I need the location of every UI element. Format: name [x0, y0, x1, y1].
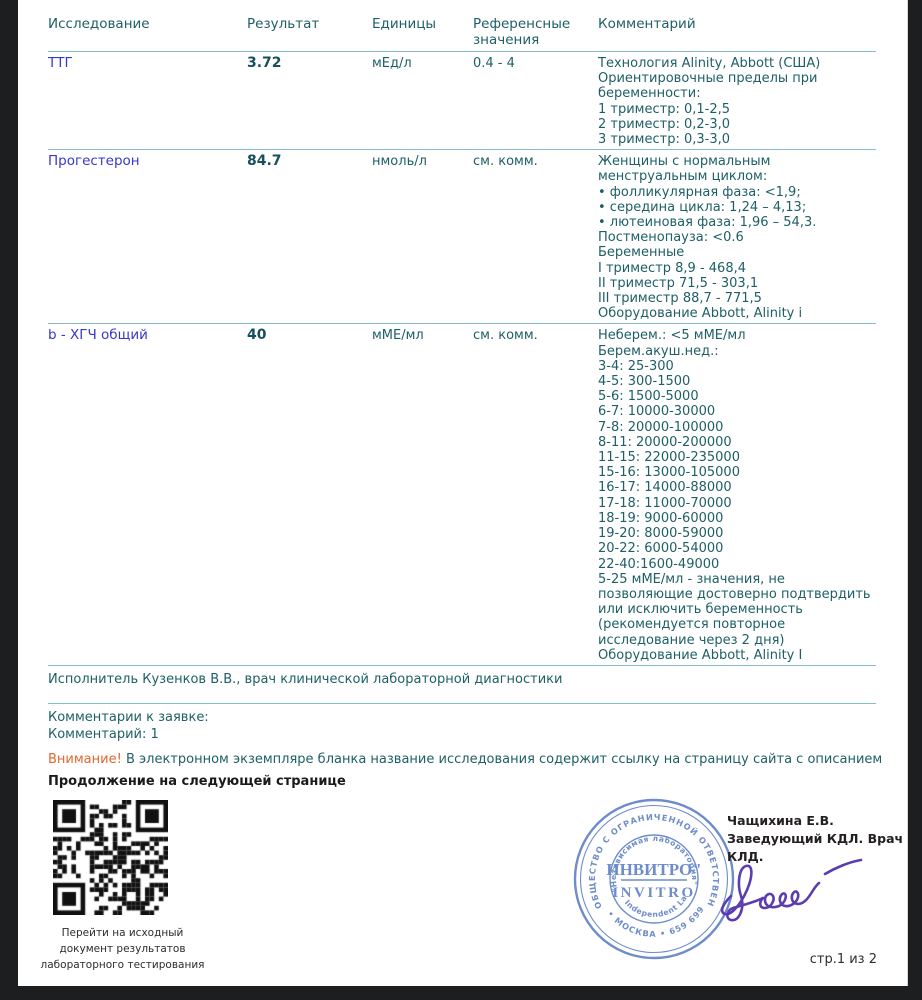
reference-cell: 0.4 - 4: [473, 56, 598, 147]
section-divider: [48, 703, 876, 704]
comment-line: 5-25 мМЕ/мл - значения, не: [598, 572, 876, 587]
page-indicator: стр.1 из 2: [810, 952, 877, 967]
comment-cell: Неберем.: <5 мМЕ/млБерем.акуш.нед.:3-4: …: [598, 328, 876, 662]
comment-line: исследование через 2 дня): [598, 633, 876, 648]
comment-line: 2 триместр: 0,2-3,0: [598, 117, 876, 132]
units-cell: мМЕ/мл: [372, 328, 473, 662]
comment-line: 20-22: 6000-54000: [598, 541, 876, 556]
comment-line: • лютеиновая фаза: 1,96 – 54,3.: [598, 215, 876, 230]
units-cell: мЕд/л: [372, 56, 473, 147]
comment-line: 1 триместр: 0,1-2,5: [598, 102, 876, 117]
qr-caption: Перейти на исходный документ результатов…: [30, 925, 215, 973]
comment-line: 16-17: 14000-88000: [598, 480, 876, 495]
document-page: Исследование Результат Единицы Референсн…: [18, 0, 908, 986]
warning-line: Внимание! В электронном экземпляре бланк…: [48, 752, 876, 767]
request-comment-value: Комментарий: 1: [48, 726, 876, 743]
comment-line: II триместр 71,5 - 303,1: [598, 276, 876, 291]
comment-line: 7-8: 20000-100000: [598, 420, 876, 435]
column-header-reference: Референсные значения: [473, 16, 598, 48]
test-name-link[interactable]: Прогестерон: [48, 153, 140, 169]
comment-line: 4-5: 300-1500: [598, 374, 876, 389]
stamp-outer-bottom-text: • МОСКВА • 659 699: [606, 904, 707, 939]
table-row: ТТГ3.72мЕд/л0.4 - 4Технология Alinity, A…: [48, 52, 876, 150]
comment-cell: Женщины с нормальнымменструальным циклом…: [598, 154, 876, 321]
comment-line: Женщины с нормальным: [598, 154, 876, 169]
comment-line: • середина цикла: 1,24 – 4,13;: [598, 200, 876, 215]
warning-label: Внимание!: [48, 752, 122, 767]
viewer-background: Исследование Результат Единицы Референсн…: [0, 0, 922, 1000]
comment-line: 22-40:1600-49000: [598, 557, 876, 572]
qr-code: [53, 800, 168, 915]
comment-line: Берем.акуш.нед.:: [598, 344, 876, 359]
reference-cell: см. комм.: [473, 154, 598, 321]
signature: [713, 838, 873, 933]
warning-text: В электронном экземпляре бланка название…: [126, 752, 882, 767]
comment-line: Оборудование Abbott, Alinity I: [598, 648, 876, 663]
test-name-cell: ТТГ: [48, 56, 247, 147]
comment-line: 5-6: 1500-5000: [598, 389, 876, 404]
comment-line: 11-15: 22000-235000: [598, 450, 876, 465]
comment-line: 18-19: 9000-60000: [598, 511, 876, 526]
continuation-note: Продолжение на следующей странице: [48, 774, 876, 789]
comment-line: Технология Alinity, Abbott (США): [598, 56, 876, 71]
comment-line: или исключить беременность: [598, 602, 876, 617]
table-row: Прогестерон84.7нмоль/лсм. комм.Женщины с…: [48, 150, 876, 324]
comment-line: I триместр 8,9 - 468,4: [598, 261, 876, 276]
result-cell: 3.72: [247, 56, 372, 147]
results-table-header: Исследование Результат Единицы Референсн…: [48, 0, 876, 52]
request-comments-title: Комментарии к заявке:: [48, 709, 876, 726]
comment-line: 19-20: 8000-59000: [598, 526, 876, 541]
stamp-center-ru: ИНВИТРО": [606, 860, 701, 879]
column-header-comment: Комментарий: [598, 16, 876, 48]
test-name-link[interactable]: ТТГ: [48, 55, 73, 71]
comment-line: Неберем.: <5 мМЕ/мл: [598, 328, 876, 343]
comment-cell: Технология Alinity, Abbott (США)Ориентир…: [598, 56, 876, 147]
qr-caption-line: лабораторного тестирования: [30, 957, 215, 973]
comment-line: • фолликулярная фаза: <1,9;: [598, 185, 876, 200]
table-row: b - ХГЧ общий40мМЕ/млсм. комм.Неберем.: …: [48, 324, 876, 665]
comment-line: Оборудование Abbott, Alinity i: [598, 306, 876, 321]
column-header-units: Единицы: [372, 16, 473, 48]
test-name-link[interactable]: b - ХГЧ общий: [48, 327, 148, 343]
qr-caption-line: Перейти на исходный: [30, 925, 215, 941]
stamp-center-en: INVITRO: [612, 885, 695, 901]
comment-line: 17-18: 11000-70000: [598, 496, 876, 511]
svg-text:• МОСКВА • 659 699: • МОСКВА • 659 699: [606, 904, 707, 939]
test-name-cell: b - ХГЧ общий: [48, 328, 247, 662]
test-name-cell: Прогестерон: [48, 154, 247, 321]
units-cell: нмоль/л: [372, 154, 473, 321]
comment-line: позволяющие достоверно подтвердить: [598, 587, 876, 602]
comment-line: 8-11: 20000-200000: [598, 435, 876, 450]
comment-line: Беременные: [598, 245, 876, 260]
qr-caption-line: документ результатов: [30, 941, 215, 957]
comment-line: 3 триместр: 0,3-3,0: [598, 132, 876, 147]
column-header-study: Исследование: [48, 16, 247, 48]
comment-line: (рекомендуется повторное: [598, 617, 876, 632]
comment-line: Ориентировочные пределы при: [598, 71, 876, 86]
result-cell: 84.7: [247, 154, 372, 321]
comment-line: менструальным циклом:: [598, 169, 876, 184]
comment-line: 3-4: 25-300: [598, 359, 876, 374]
signatory-name: Чащихина Е.В.: [727, 812, 907, 830]
comment-line: беременности:: [598, 86, 876, 101]
results-table: Исследование Результат Единицы Референсн…: [48, 0, 876, 666]
comment-line: 15-16: 13000-105000: [598, 465, 876, 480]
comment-line: 6-7: 10000-30000: [598, 404, 876, 419]
executor-line: Исполнитель Кузенков В.В., врач клиничес…: [48, 671, 876, 688]
comment-line: Постменопауза: <0.6: [598, 230, 876, 245]
reference-cell: см. комм.: [473, 328, 598, 662]
column-header-result: Результат: [247, 16, 372, 48]
results-table-body: ТТГ3.72мЕд/л0.4 - 4Технология Alinity, A…: [48, 52, 876, 666]
comment-line: III триместр 88,7 - 771,5: [598, 291, 876, 306]
result-cell: 40: [247, 328, 372, 662]
